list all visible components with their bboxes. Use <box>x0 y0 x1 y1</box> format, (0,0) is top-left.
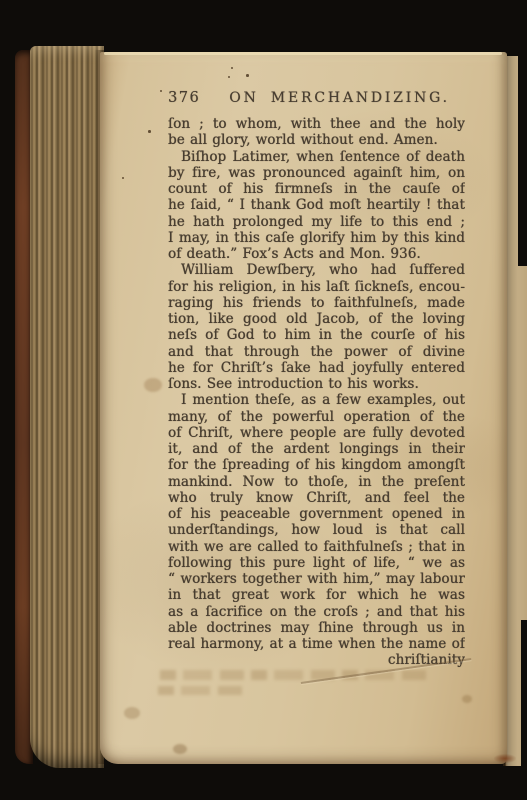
text-line: as a ſacrifice on the croſs ; and that h… <box>168 604 465 620</box>
text-line: raging his friends to faithfulneſs, made… <box>168 295 465 311</box>
text-line: for the ſpreading of his kingdom amongſt <box>168 457 465 473</box>
show-through-ghost-text <box>160 670 432 680</box>
text-block: ſon ; to whom, with thee and the holy Gh… <box>168 116 465 669</box>
foxing-stain <box>173 744 187 754</box>
body-lines: ſon ; to whom, with thee and the holy Gh… <box>168 116 465 652</box>
text-line: ſon ; to whom, with thee and the holy Gh… <box>168 116 465 132</box>
text-line: by fire, was pronounced againſt him, on … <box>168 165 465 181</box>
text-line: underſtandings, how loud is that call wh… <box>168 522 465 538</box>
ink-speck <box>228 76 230 78</box>
ink-speck <box>122 177 124 179</box>
page-edge-stack <box>30 46 104 768</box>
running-header: ON MERCHANDIZING. <box>214 90 465 106</box>
ink-speck <box>160 90 162 92</box>
foxing-stain <box>462 695 472 703</box>
page-number: 376 <box>168 90 214 106</box>
text-line: he for Chriſt’s ſake had joyfully entere… <box>168 360 465 376</box>
background-corner <box>518 0 527 266</box>
book-scan-photo: 376 ON MERCHANDIZING. ſon ; to whom, wit… <box>0 0 527 800</box>
text-line: able doctrines may ſhine through us in t… <box>168 620 465 636</box>
page-corner-smudge <box>494 754 516 763</box>
text-line: count of his firmneſs in the cauſe of re… <box>168 181 465 197</box>
text-line: many, of the powerful operation of the ſ… <box>168 409 465 425</box>
page-top-edge <box>104 52 502 55</box>
show-through-ghost-text <box>158 686 246 695</box>
text-line: with we are called to faithfulneſs ; tha… <box>168 539 465 555</box>
text-line: real harmony, at a time when the name of <box>168 636 465 652</box>
foxing-stain <box>144 378 162 392</box>
text-line: of his peaceable government opened in th… <box>168 506 465 522</box>
text-line: “ workers together with him,” may labour <box>168 571 465 587</box>
text-line: he hath prolonged my life to this end ; … <box>168 214 465 230</box>
text-line: Biſhop Latimer, when ſentence of death <box>168 149 465 165</box>
text-line: mankind. Now to thoſe, in the preſent ag… <box>168 474 465 490</box>
text-line: William Dewſbery, who had ſuffered much <box>168 262 465 278</box>
text-line: neſs of God to him in the courſe of his … <box>168 327 465 343</box>
ink-speck <box>148 130 151 133</box>
foxing-stain <box>124 707 140 719</box>
text-line: who truly know Chriſt, and feel the natu… <box>168 490 465 506</box>
text-line: it, and of the ardent longings in their … <box>168 441 465 457</box>
scanned-page: 376 ON MERCHANDIZING. ſon ; to whom, wit… <box>100 52 507 764</box>
text-line: of death.” Fox’s Acts and Mon. 936. <box>168 246 465 262</box>
running-header-row: 376 ON MERCHANDIZING. <box>168 90 465 106</box>
text-line: I mention theſe, as a few examples, out … <box>168 392 465 408</box>
text-line: be all glory, world without end. Amen. <box>168 132 465 148</box>
text-line: he ſaid, “ I thank God moſt heartily ! t… <box>168 197 465 213</box>
text-line: I may, in this caſe glorify him by this … <box>168 230 465 246</box>
text-line: tion, like good old Jacob, of the loving… <box>168 311 465 327</box>
text-line: ſons. See introduction to his works. <box>168 376 465 392</box>
text-line: following this pure light of life, “ we … <box>168 555 465 571</box>
ink-speck <box>231 67 233 69</box>
text-line: of Chriſt, where people are fully devote… <box>168 425 465 441</box>
text-line: for his religion, in his laſt ſickneſs, … <box>168 279 465 295</box>
text-line: in that great work for which he was offe… <box>168 587 465 603</box>
background-corner <box>521 620 527 800</box>
text-line: and that through the power of divine lov… <box>168 344 465 360</box>
ink-speck <box>246 74 249 77</box>
